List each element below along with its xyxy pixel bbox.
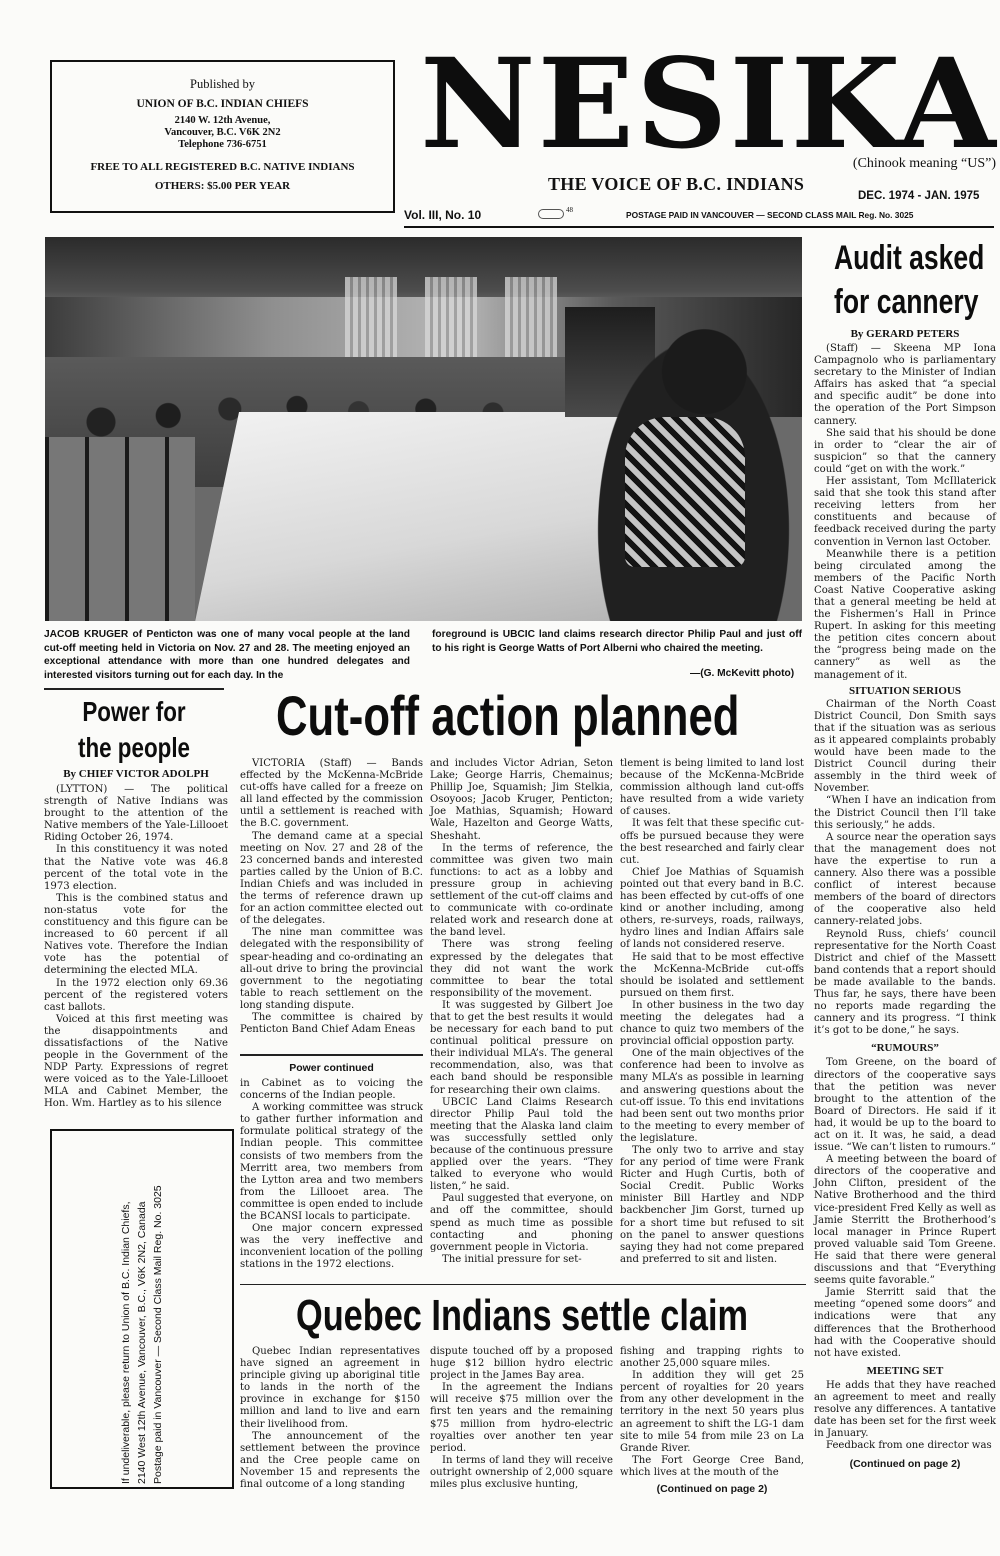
quebec-top-rule	[240, 1284, 806, 1285]
quebec-paragraph: In addition they will get 25 percent of …	[620, 1370, 804, 1455]
postage-notice: POSTAGE PAID IN VANCOUVER — SECOND CLASS…	[626, 210, 913, 220]
power-paragraph: In the 1972 election only 69.36 percent …	[44, 978, 228, 1014]
power-continued-body: in Cabinet as to voicing the concerns of…	[240, 1078, 423, 1272]
cutoff-paragraph: It was felt that these specific cut-offs…	[620, 818, 804, 866]
union-seal-number: 48	[566, 206, 573, 214]
power-headline-line1: Power for	[62, 694, 206, 730]
subhead-situation-serious: SITUATION SERIOUS	[814, 685, 996, 697]
power-paragraph: This is the combined status and non-stat…	[44, 893, 228, 978]
published-by: Published by	[52, 77, 393, 92]
power-paragraph: Voiced at this first meeting was the dis…	[44, 1014, 228, 1111]
cutoff-paragraph: VICTORIA (Staff) — Bands effected by the…	[240, 758, 423, 831]
cutoff-paragraph: One of the main objectives of the confer…	[620, 1048, 804, 1145]
audit-paragraph: A meeting between the board of directors…	[814, 1154, 996, 1287]
quebec-paragraph: Quebec Indian representatives have signe…	[240, 1346, 420, 1431]
cutoff-paragraph: The committee is chaired by Penticton Ba…	[240, 1012, 423, 1036]
audit-paragraph: Chairman of the North Coast District Cou…	[814, 699, 996, 796]
cutoff-paragraph: There was strong feeling expressed by th…	[430, 939, 613, 999]
masthead-rule	[404, 226, 994, 228]
subhead-rumours: “RUMOURS”	[814, 1042, 996, 1054]
audit-article: Audit asked for cannery	[814, 236, 996, 324]
publisher-address-2: Vancouver, B.C. V6K 2N2	[52, 127, 393, 139]
cutoff-paragraph: and includes Victor Adrian, Seton Lake; …	[430, 758, 613, 843]
cutoff-paragraph: It was suggested by Gilbert Joe that to …	[430, 1000, 613, 1097]
audit-headline-line2: for cannery	[834, 280, 976, 324]
power-headline-line2: the people	[62, 730, 206, 766]
quebec-paragraph: fishing and trapping rights to another 2…	[620, 1346, 804, 1370]
quebec-paragraph: In the agreement the Indians will receiv…	[430, 1382, 613, 1455]
masthead-title: NESIKA	[420, 46, 1000, 164]
cutoff-column-2: and includes Victor Adrian, Seton Lake; …	[430, 758, 613, 1266]
quebec-paragraph: The Fort George Cree Band, which lives a…	[620, 1455, 804, 1479]
audit-paragraph: Her assistant, Tom McIllaterick said tha…	[814, 476, 996, 549]
audit-paragraph: Meanwhile there is a petition being circ…	[814, 549, 996, 682]
photo-credit: —(G. McKevitt photo)	[690, 668, 794, 679]
masthead-tagline: THE VOICE OF B.C. INDIANS	[548, 174, 804, 195]
power-continued-label: Power continued	[240, 1062, 423, 1074]
power-continued-paragraph: A working committee was struck to gather…	[240, 1102, 423, 1223]
cutoff-paragraph: Paul suggested that everyone, on and off…	[430, 1193, 613, 1253]
cutoff-paragraph: Chief Joe Mathias of Squamish pointed ou…	[620, 867, 804, 952]
cutoff-paragraph: In the terms of reference, the committee…	[430, 843, 613, 940]
power-byline: By CHIEF VICTOR ADOLPH	[44, 768, 228, 780]
cutoff-paragraph: The demand came at a special meeting on …	[240, 831, 423, 928]
issue-date: DEC. 1974 - JAN. 1975	[858, 190, 979, 202]
volume-number: Vol. III, No. 10	[404, 208, 481, 222]
mailing-label-line3: Postage paid in Vancouver — Second Class…	[150, 1134, 166, 1484]
power-continued-paragraph: in Cabinet as to voicing the concerns of…	[240, 1078, 423, 1102]
cutoff-column-1: VICTORIA (Staff) — Bands effected by the…	[240, 758, 423, 1036]
subscription-price: OTHERS: $5.00 PER YEAR	[52, 180, 393, 192]
power-top-rule	[44, 688, 224, 690]
photo-caption-left: JACOB KRUGER of Penticton was one of man…	[44, 628, 410, 682]
meeting-photo	[45, 237, 802, 621]
photo-caption-right: foreground is UBCIC land claims research…	[432, 628, 802, 655]
publisher-telephone: Telephone 736-6751	[52, 139, 393, 151]
mailing-label-box: If undeliverable, please return to Union…	[50, 1129, 234, 1489]
power-continued-rule	[240, 1054, 423, 1056]
mailing-label-line2: 2140 West 12th Avenue, Vancouver, B.C., …	[134, 1134, 150, 1484]
audit-headline-line1: Audit asked	[834, 236, 976, 280]
quebec-column-3: fishing and trapping rights to another 2…	[620, 1346, 804, 1495]
audit-paragraph: He adds that they have reached an agreem…	[814, 1380, 996, 1440]
publisher-org: UNION OF B.C. INDIAN CHIEFS	[52, 98, 393, 110]
cutoff-paragraph: The initial pressure for set-	[430, 1254, 613, 1266]
quebec-paragraph: dispute touched off by a proposed huge $…	[430, 1346, 613, 1382]
mailing-label-line1: If undeliverable, please return to Union…	[118, 1134, 134, 1484]
power-paragraph: (LYTTON) — The political strength of Nat…	[44, 784, 228, 844]
publisher-address-1: 2140 W. 12th Avenue,	[52, 115, 393, 127]
audit-headline: Audit asked for cannery	[834, 236, 976, 324]
publisher-box: Published by UNION OF B.C. INDIAN CHIEFS…	[50, 60, 395, 213]
audit-paragraph: Reynold Russ, chiefs’ council representa…	[814, 929, 996, 1038]
cutoff-paragraph: The only two to arrive and stay for any …	[620, 1145, 804, 1266]
cutoff-paragraph: The nine man committee was delegated wit…	[240, 927, 423, 1012]
free-notice: FREE TO ALL REGISTERED B.C. NATIVE INDIA…	[52, 161, 393, 173]
chinook-meaning: (Chinook meaning “US”)	[853, 156, 996, 172]
power-headline: Power for the people	[62, 694, 206, 766]
audit-byline: By GERARD PETERS	[814, 328, 996, 340]
mailing-label-text: If undeliverable, please return to Union…	[118, 1134, 166, 1484]
audit-paragraph: A source near the operation says that th…	[814, 832, 996, 929]
cutoff-paragraph: UBCIC Land Claims Research director Phil…	[430, 1097, 613, 1194]
quebec-continued-link[interactable]: (Continued on page 2)	[620, 1483, 804, 1495]
quebec-paragraph: The announcement of the settlement betwe…	[240, 1431, 420, 1491]
power-paragraph: In this constituency it was noted that t…	[44, 844, 228, 892]
power-continued-paragraph: One major concern expressed was the very…	[240, 1223, 423, 1271]
quebec-column-1: Quebec Indian representatives have signe…	[240, 1346, 420, 1491]
cutoff-paragraph: He said that to be most effective the Mc…	[620, 952, 804, 1000]
audit-paragraph: Jamie Sterritt said that the meeting “op…	[814, 1287, 996, 1360]
audit-body: (Staff) — Skeena MP Iona Campagnolo who …	[814, 343, 996, 1471]
audit-paragraph: Tom Greene, on the board of directors of…	[814, 1057, 996, 1154]
audit-paragraph: She said that his should be done in orde…	[814, 428, 996, 476]
quebec-paragraph: In terms of land they will receive outri…	[430, 1455, 613, 1491]
cutoff-paragraph: tlement is being limited to land lost be…	[620, 758, 804, 818]
quebec-headline: Quebec Indians settle claim	[296, 1290, 748, 1342]
cutoff-headline: Cut-off action planned	[276, 684, 739, 748]
audit-continued-link[interactable]: (Continued on page 2)	[814, 1458, 996, 1470]
subhead-meeting-set: MEETING SET	[814, 1365, 996, 1377]
audit-paragraph: “When I have an indication from the Dist…	[814, 795, 996, 831]
audit-paragraph: (Staff) — Skeena MP Iona Campagnolo who …	[814, 343, 996, 428]
audit-paragraph: Feedback from one director was	[814, 1440, 996, 1452]
cutoff-column-3: tlement is being limited to land lost be…	[620, 758, 804, 1266]
quebec-column-2: dispute touched off by a proposed huge $…	[430, 1346, 613, 1491]
union-seal-icon	[538, 209, 564, 219]
cutoff-paragraph: In other business in the two day meeting…	[620, 1000, 804, 1048]
power-body: (LYTTON) — The political strength of Nat…	[44, 784, 228, 1111]
